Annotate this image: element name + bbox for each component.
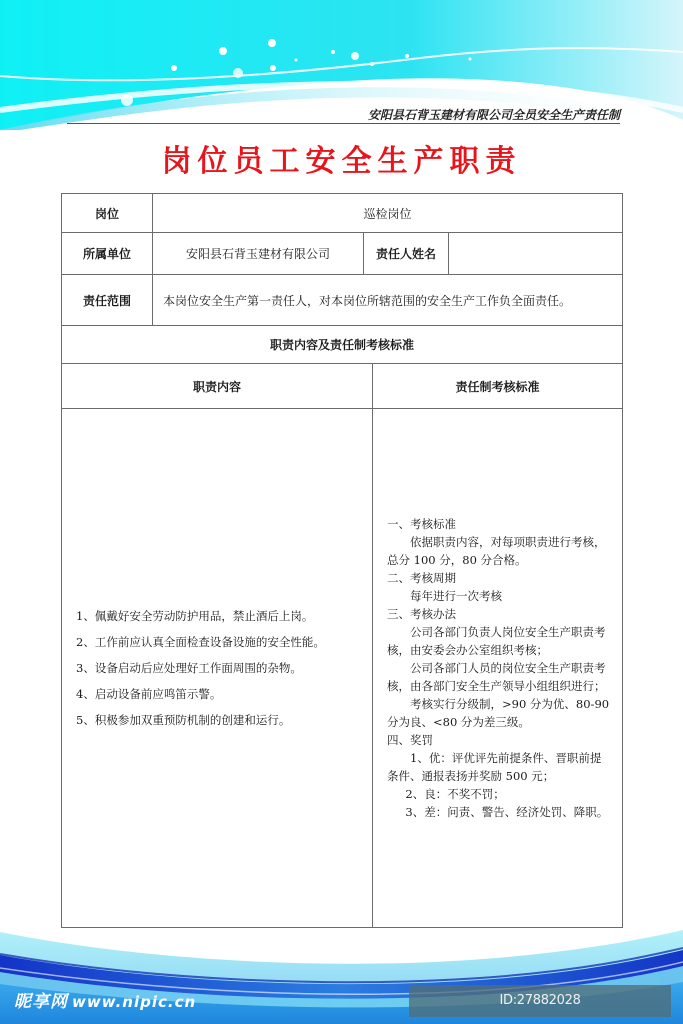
duties-column-header: 职责内容 (62, 364, 373, 409)
responsibility-form-table: 岗位 巡检岗位 所属单位 安阳县石背玉建材有限公司 责任人姓名 责任范围 本岗位… (61, 193, 623, 928)
duties-cell: 1、佩戴好安全劳动防护用品，禁止酒后上岗。 2、工作前应认真全面检查设备设施的安… (62, 409, 373, 928)
document-title: 岗位员工安全生产职责 (0, 136, 683, 180)
row-content: 1、佩戴好安全劳动防护用品，禁止酒后上岗。 2、工作前应认真全面检查设备设施的安… (62, 409, 623, 928)
row-column-headers: 职责内容 责任制考核标准 (62, 364, 623, 409)
watermark-logo-text: 昵享网 (14, 992, 68, 1012)
duty-item: 3、设备启动后应处理好工作面周围的杂物。 (76, 662, 372, 675)
subtitle-divider (67, 123, 620, 124)
post-label: 岗位 (62, 194, 153, 233)
duty-item: 4、启动设备前应鸣笛示警。 (76, 688, 372, 701)
criteria-reward-good: 2、良：不奖不罚； (387, 785, 610, 803)
row-post: 岗位 巡检岗位 (62, 194, 623, 233)
criteria-section-1-title: 一、考核标准 (387, 515, 610, 533)
person-name-label: 责任人姓名 (364, 233, 449, 275)
criteria-reward-excellent: 1、优：评优评先前提条件、晋职前提条件、通报表扬并奖励 500 元； (387, 749, 610, 785)
duty-item: 5、积极参加双重预防机制的创建和运行。 (76, 714, 372, 727)
criteria-column-header: 责任制考核标准 (373, 364, 623, 409)
duty-item: 1、佩戴好安全劳动防护用品，禁止酒后上岗。 (76, 610, 372, 623)
criteria-section-2-title: 二、考核周期 (387, 569, 610, 587)
criteria-section-3-para-1: 公司各部门负责人岗位安全生产职责考核，由安委会办公室组织考核； (387, 623, 610, 659)
row-section-title: 职责内容及责任制考核标准 (62, 326, 623, 364)
duties-list: 1、佩戴好安全劳动防护用品，禁止酒后上岗。 2、工作前应认真全面检查设备设施的安… (62, 610, 372, 727)
duty-item: 2、工作前应认真全面检查设备设施的安全性能。 (76, 636, 372, 649)
watermark-logo: 昵享网www.nipic.cn (14, 987, 196, 1012)
post-value: 巡检岗位 (153, 194, 623, 233)
section-title: 职责内容及责任制考核标准 (62, 326, 623, 364)
watermark-id-badge: ID:27882028 NO:20231127153011823109 (409, 985, 671, 1017)
unit-label: 所属单位 (62, 233, 153, 275)
criteria-section-3-para-3: 考核实行分级制，>90 分为优、80-90 分为良、<80 分为差三级。 (387, 695, 610, 731)
criteria-section-3-para-2: 公司各部门人员的岗位安全生产职责考核，由各部门安全生产领导小组组织进行； (387, 659, 610, 695)
unit-value: 安阳县石背玉建材有限公司 (153, 233, 364, 275)
document-subtitle: 安阳县石背玉建材有限公司全员安全生产责任制 (300, 106, 620, 123)
criteria-section-2-text: 每年进行一次考核 (387, 587, 610, 605)
criteria-reward-poor: 3、差：问责、警告、经济处罚、降职。 (387, 803, 610, 821)
scope-label: 责任范围 (62, 275, 153, 326)
criteria-section-3-title: 三、考核办法 (387, 605, 610, 623)
row-unit: 所属单位 安阳县石背玉建材有限公司 责任人姓名 (62, 233, 623, 275)
watermark-site: www.nipic.cn (72, 993, 196, 1011)
criteria-section-1-text: 依据职责内容，对每项职责进行考核，总分 100 分，80 分合格。 (387, 533, 610, 569)
scope-value: 本岗位安全生产第一责任人，对本岗位所辖范围的安全生产工作负全面责任。 (153, 275, 623, 326)
person-name-value (449, 233, 623, 275)
criteria-section-4-title: 四、奖罚 (387, 731, 610, 749)
criteria-cell: 一、考核标准 依据职责内容，对每项职责进行考核，总分 100 分，80 分合格。… (373, 409, 623, 928)
row-scope: 责任范围 本岗位安全生产第一责任人，对本岗位所辖范围的安全生产工作负全面责任。 (62, 275, 623, 326)
